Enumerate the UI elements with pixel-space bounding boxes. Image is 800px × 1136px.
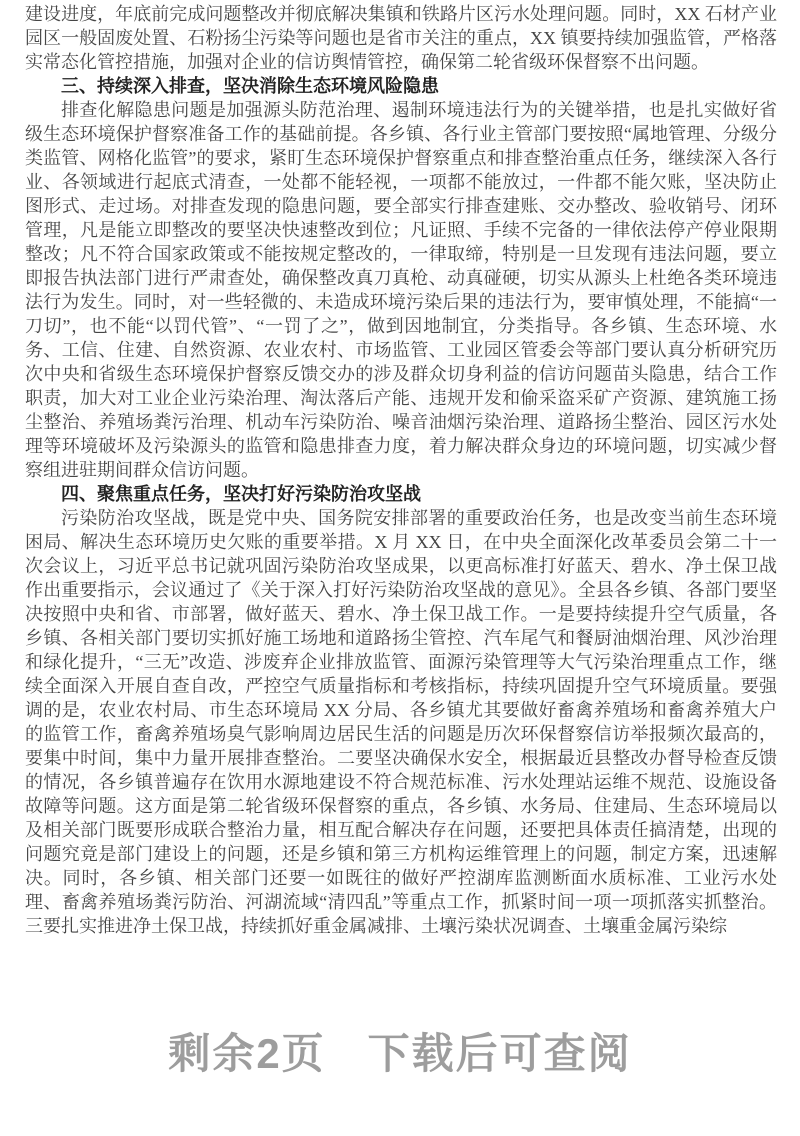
section-heading-four: 四、聚焦重点任务，坚决打好污染防治攻坚战 — [25, 482, 777, 506]
paragraph-section-three: 排查化解隐患问题是加强源头防范治理、遏制环境违法行为的关键举措，也是扎实做好省级… — [25, 98, 777, 482]
paragraph-section-four: 污染防治攻坚战，既是党中央、国务院安排部署的重要政治任务，也是改变当前生态环境困… — [25, 506, 777, 938]
document-body: 建设进度，年底前完成问题整改并彻底解决集镇和铁路片区污水处理问题。同时，XX 石… — [25, 2, 777, 938]
document-page: 建设进度，年底前完成问题整改并彻底解决集镇和铁路片区污水处理问题。同时，XX 石… — [0, 0, 800, 1136]
section-heading-three: 三、持续深入排查，坚决消除生态环境风险隐患 — [25, 74, 777, 98]
pages-remaining-text: 剩余2页 — [168, 1030, 325, 1077]
remaining-pages-notice: 剩余2页下载后可查阅 — [0, 1030, 800, 1078]
paragraph-continuation: 建设进度，年底前完成问题整改并彻底解决集镇和铁路片区污水处理问题。同时，XX 石… — [25, 2, 777, 74]
download-hint-text: 下载后可查阅 — [368, 1030, 632, 1077]
